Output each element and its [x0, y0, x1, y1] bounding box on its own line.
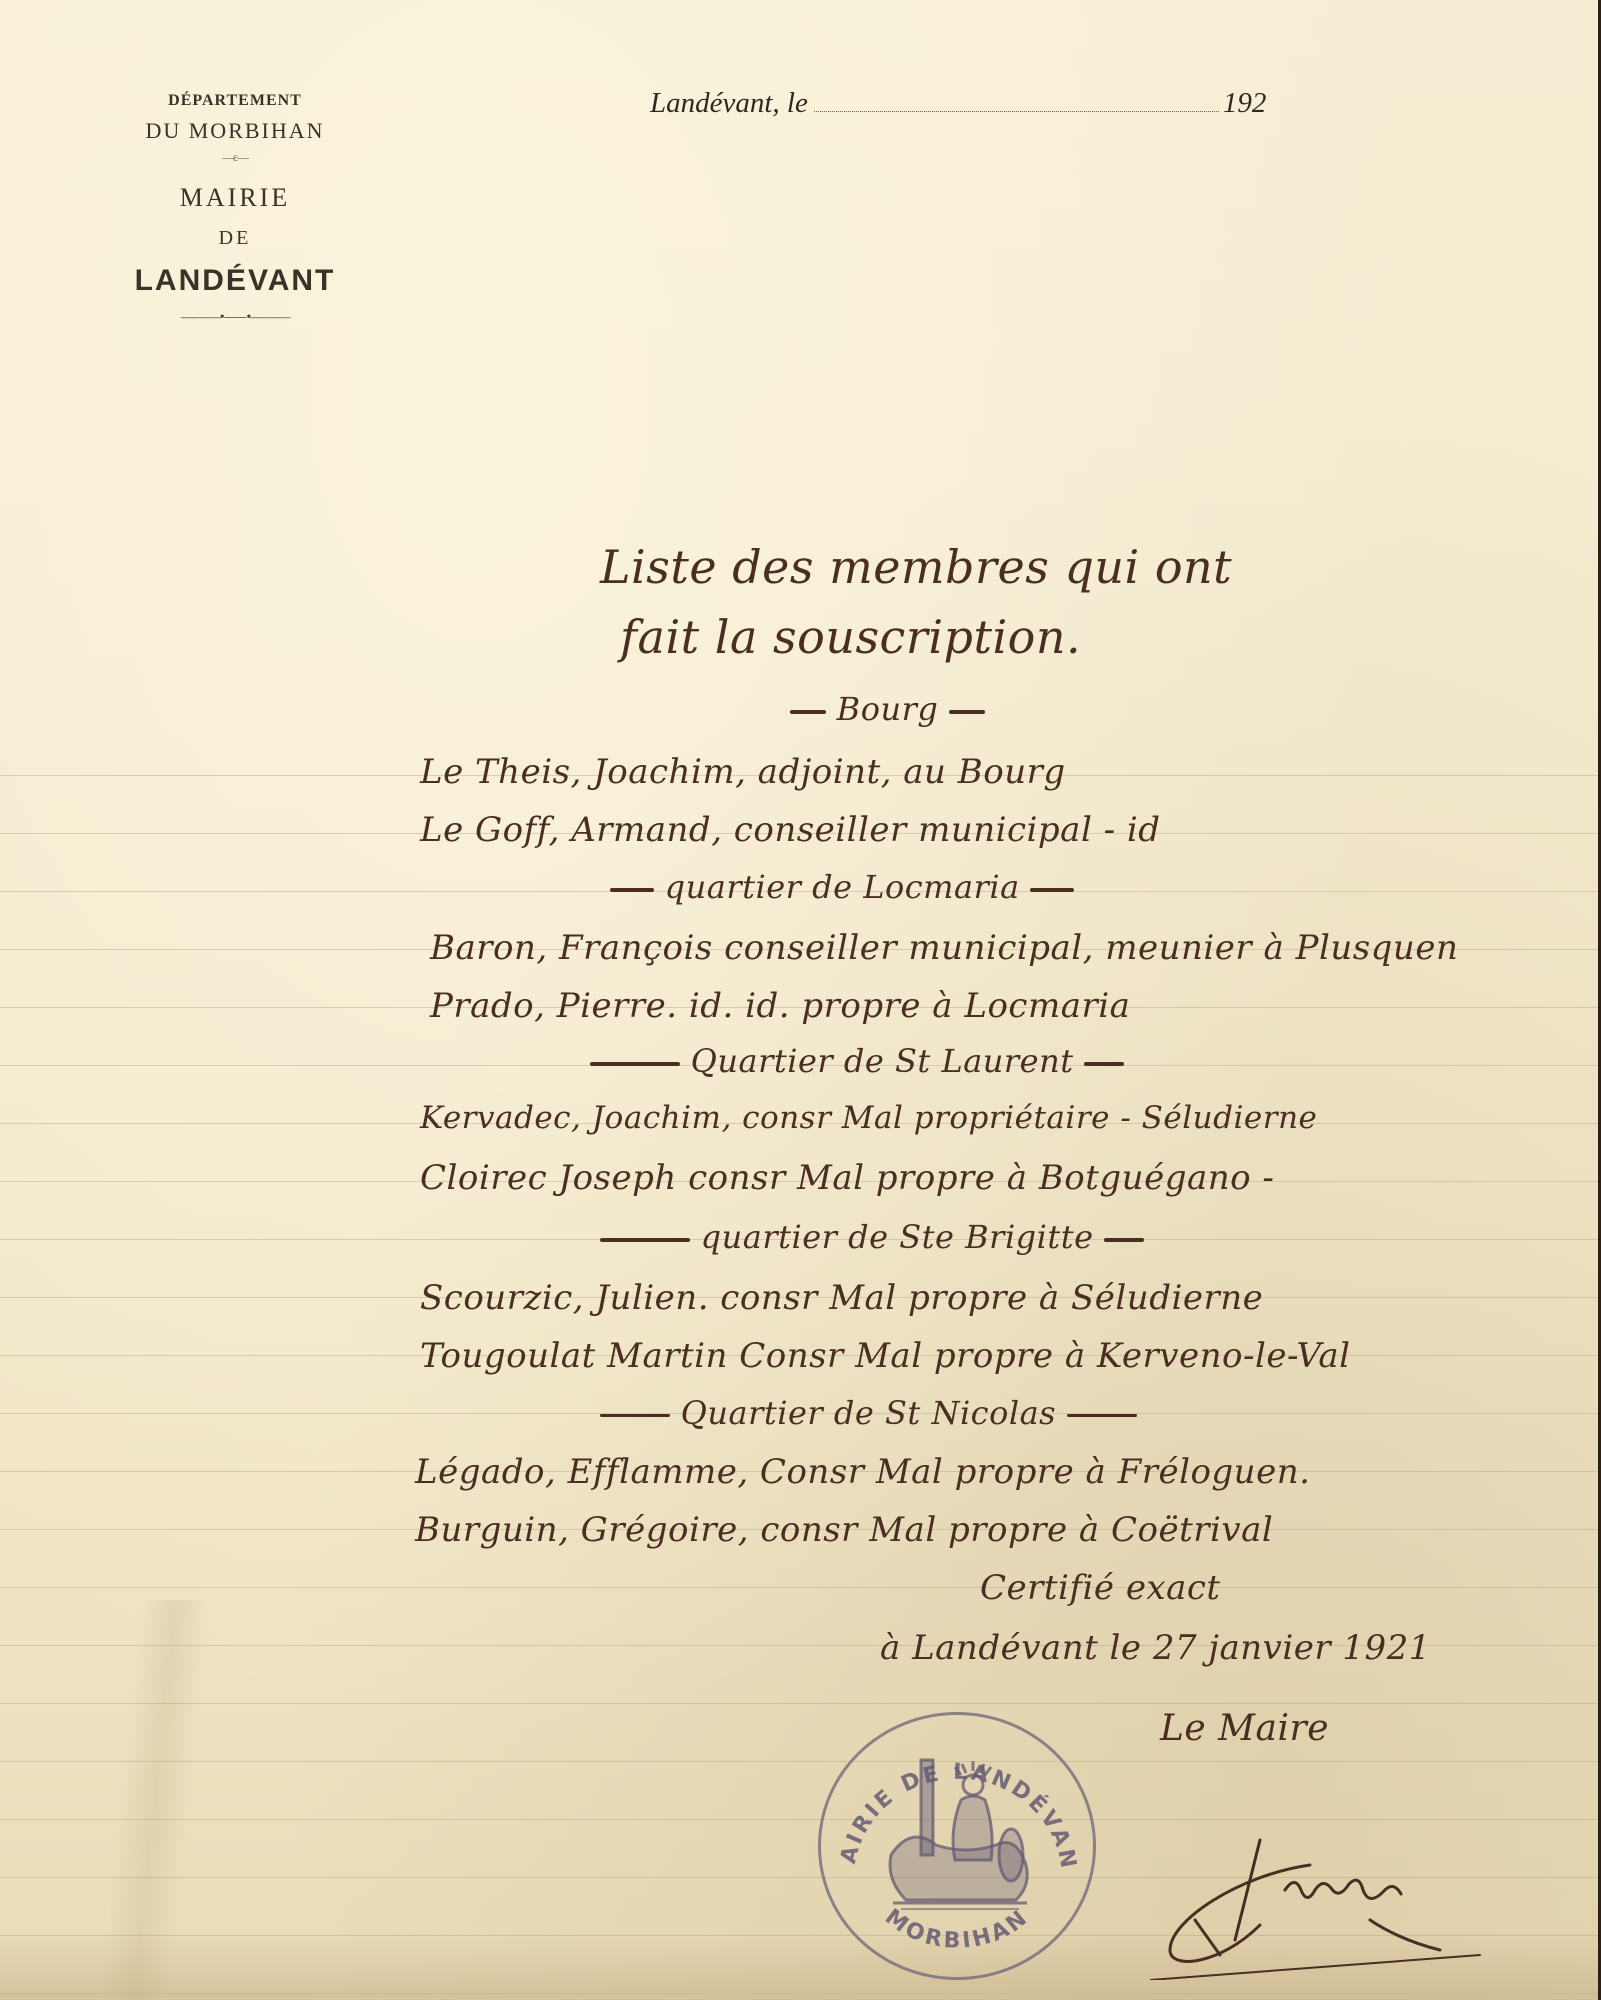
section-heading-bourg: Bourg	[790, 690, 985, 728]
official-stamp: MAIRIE DE LANDÉVANT MORBIHAN	[818, 1712, 1096, 1980]
member-entry: Cloirec Joseph consr Mal propre à Botgué…	[420, 1158, 1274, 1198]
office-line-commune: LANDÉVANT	[100, 264, 370, 298]
letterhead: DÉPARTEMENT DU MORBIHAN —ɛ— MAIRIE DE LA…	[100, 92, 370, 326]
section-heading-st-laurent: Quartier de St Laurent	[590, 1042, 1124, 1080]
section-heading-text: Quartier de St Nicolas	[681, 1394, 1056, 1432]
section-heading-st-nicolas: Quartier de St Nicolas	[600, 1394, 1137, 1432]
department-name: DU MORBIHAN	[100, 118, 370, 144]
member-entry: Prado, Pierre. id. id. propre à Locmaria	[430, 986, 1130, 1026]
member-entry: Baron, François conseiller municipal, me…	[430, 928, 1458, 968]
section-heading-text: quartier de Ste Brigitte	[701, 1218, 1094, 1256]
heading-dash-left	[790, 710, 826, 714]
printed-dateline: Landévant, le 192	[650, 80, 1350, 120]
signature-scrawl-icon	[1150, 1830, 1500, 1980]
document-title-line2: fait la souscription.	[620, 610, 1081, 664]
member-entry: Le Goff, Armand, conseiller municipal - …	[420, 810, 1161, 850]
heading-dash-left	[600, 1238, 690, 1242]
section-heading-text: Quartier de St Laurent	[691, 1042, 1074, 1080]
member-entry: Tougoulat Martin Consr Mal propre à Kerv…	[420, 1336, 1351, 1376]
heading-dash-left	[610, 888, 654, 892]
stamp-emblem-icon: MAIRIE DE LANDÉVANT MORBIHAN	[821, 1715, 1093, 1977]
member-entry: Burguin, Grégoire, consr Mal propre à Co…	[415, 1510, 1273, 1550]
member-entry: Le Theis, Joachim, adjoint, au Bourg	[420, 752, 1066, 792]
office-line-mairie: MAIRIE	[100, 183, 370, 213]
dateline-place: Landévant, le	[650, 87, 808, 120]
signatory-title: Le Maire	[1160, 1708, 1329, 1749]
member-entry: Kervadec, Joachim, consr Mal propriétair…	[420, 1100, 1317, 1136]
stamp-bottom-text: MORBIHAN	[880, 1905, 1034, 1954]
heading-dash-right	[949, 710, 985, 714]
member-entry: Scourzic, Julien. consr Mal propre à Sél…	[420, 1278, 1263, 1318]
section-heading-ste-brigitte: quartier de Ste Brigitte	[600, 1218, 1144, 1256]
document-title-line1: Liste des membres qui ont	[600, 540, 1232, 594]
heading-dash-right	[1030, 888, 1074, 892]
date-blank-line	[814, 110, 1219, 112]
heading-dash-right	[1067, 1414, 1137, 1417]
section-heading-text: quartier de Locmaria	[665, 868, 1020, 906]
section-heading-locmaria: quartier de Locmaria	[610, 868, 1074, 906]
svg-text:MORBIHAN: MORBIHAN	[880, 1905, 1034, 1954]
section-heading-text: Bourg	[837, 690, 939, 728]
mayor-signature: Jacob	[1150, 1830, 1500, 1980]
department-label: DÉPARTEMENT	[100, 92, 370, 110]
ornament-divider: ———•⸺•———	[100, 306, 370, 326]
ornament-divider-small: —ɛ—	[100, 150, 370, 165]
place-and-date: à Landévant le 27 janvier 1921	[880, 1628, 1431, 1668]
dateline-year: 192	[1223, 87, 1267, 120]
heading-dash-right	[1104, 1238, 1144, 1242]
office-line-de: DE	[100, 227, 370, 250]
heading-dash-left	[590, 1062, 680, 1066]
member-entry: Légado, Efflamme, Consr Mal propre à Fré…	[415, 1452, 1310, 1492]
heading-dash-right	[1084, 1062, 1124, 1066]
certification-text: Certifié exact	[980, 1568, 1221, 1608]
heading-dash-left	[600, 1414, 670, 1417]
